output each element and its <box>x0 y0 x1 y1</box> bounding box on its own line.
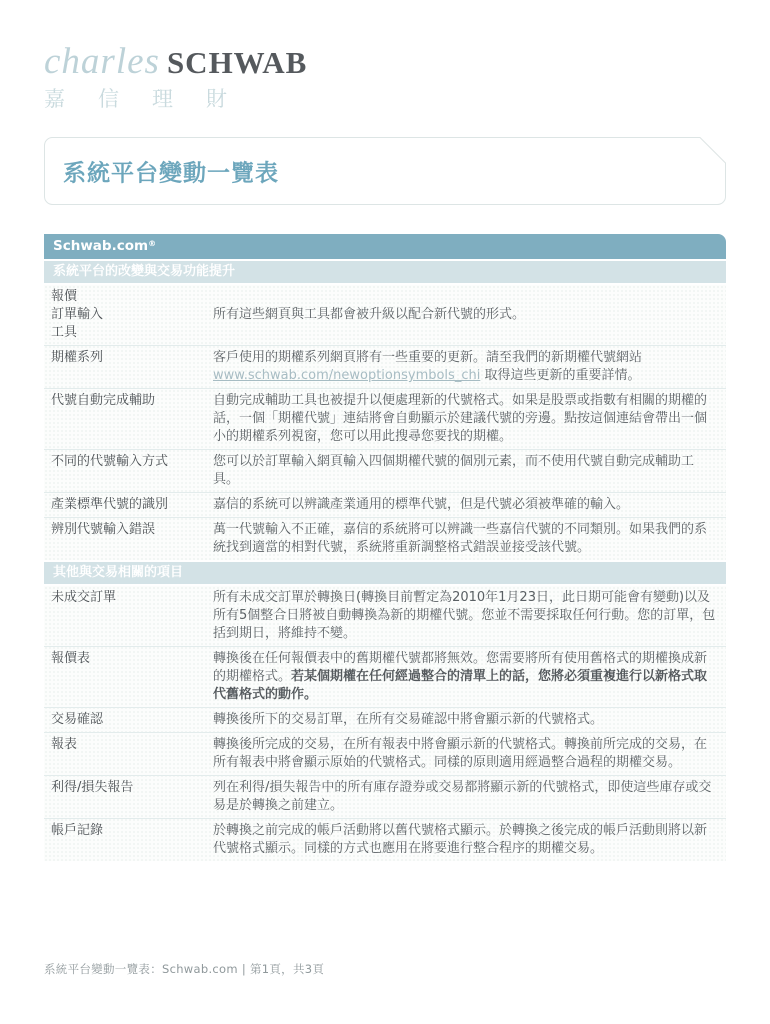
row-label: 利得/損失報告 <box>44 778 213 815</box>
row-label: 不同的代號輸入方式 <box>44 452 213 489</box>
row-content: 客戶使用的期權系列網頁將有一些重要的更新。請至我們的新期權代號網站 www.sc… <box>213 348 726 385</box>
table-row: 產業標準代號的識別 嘉信的系統可以辨識產業通用的標準代號，但是代號必須被準確的輸… <box>44 492 726 517</box>
row-label: 期權系列 <box>44 348 213 385</box>
table-row: 帳戶記錄 於轉換之前完成的帳戶活動將以舊代號格式顯示。於轉換之後完成的帳戶活動則… <box>44 818 726 861</box>
logo-schwab-text: SCHWAB <box>167 46 307 80</box>
row-label: 報表 <box>44 735 213 772</box>
logo-chinese-text: 嘉信理財 <box>44 83 307 113</box>
row-content: 列在利得/損失報告中的所有庫存證券或交易都將顯示新的代號格式，即使這些庫存或交易… <box>213 778 726 815</box>
row-content: 轉換後在任何報價表中的舊期權代號都將無效。您需要將所有使用舊格式的期權換成新的期… <box>213 649 726 704</box>
row-text: 嘉信的系統可以辨識產業通用的標準代號，但是代號必須被準確的輸入。 <box>213 497 629 512</box>
section-header-platform-changes: 系統平台的改變與交易功能提升 <box>44 261 726 283</box>
row-content: 嘉信的系統可以辨識產業通用的標準代號，但是代號必須被準確的輸入。 <box>213 495 726 514</box>
row-text: 所有這些網頁與工具都會被升級以配合新代號的形式。 <box>213 307 525 322</box>
row-label: 交易確認 <box>44 710 213 729</box>
row-text: 客戶使用的期權系列網頁將有一些重要的更新。請至我們的新期權代號網站 <box>213 350 642 365</box>
row-label: 代號自動完成輔助 <box>44 391 213 446</box>
row-label: 未成交訂單 <box>44 588 213 643</box>
platform-changes-table: Schwab.com® 系統平台的改變與交易功能提升 報價 訂單輸入 工具 所有… <box>44 234 726 861</box>
new-option-symbols-link[interactable]: www.schwab.com/newoptionsymbols_chi <box>213 368 480 383</box>
registered-mark: ® <box>148 239 156 248</box>
page-title-box: 系統平台變動一覽表 <box>44 137 726 205</box>
row-content: 轉換後所下的交易訂單，在所有交易確認中將會顯示新的代號格式。 <box>213 710 726 729</box>
row-text: 於轉換之前完成的帳戶活動將以舊代號格式顯示。於轉換之後完成的帳戶活動則將以新代號… <box>213 823 707 856</box>
logo-charles-text: charles <box>44 44 160 80</box>
row-label: 辨別代號輸入錯誤 <box>44 520 213 557</box>
section-rows-other: 未成交訂單 所有未成交訂單於轉換日(轉換目前暫定為2010年1月23日，此日期可… <box>44 586 726 861</box>
row-text: 自動完成輔助工具也被提升以便處理新的代號格式。如果是股票或指數有相關的期權的話，… <box>213 393 707 444</box>
table-header-schwab-com: Schwab.com® <box>44 234 726 259</box>
charles-schwab-logo: charles SCHWAB 嘉信理財 <box>44 44 307 113</box>
logo-english: charles SCHWAB <box>44 44 307 80</box>
row-text: 所有未成交訂單於轉換日(轉換目前暫定為2010年1月23日，此日期可能會有變動)… <box>213 590 715 641</box>
table-row: 未成交訂單 所有未成交訂單於轉換日(轉換目前暫定為2010年1月23日，此日期可… <box>44 586 726 646</box>
row-label: 報價表 <box>44 649 213 704</box>
row-content: 所有未成交訂單於轉換日(轉換目前暫定為2010年1月23日，此日期可能會有變動)… <box>213 588 726 643</box>
table-row: 利得/損失報告 列在利得/損失報告中的所有庫存證券或交易都將顯示新的代號格式，即… <box>44 775 726 818</box>
table-row: 報表 轉換後所完成的交易，在所有報表中將會顯示新的代號格式。轉換前所完成的交易，… <box>44 732 726 775</box>
table-row: 期權系列 客戶使用的期權系列網頁將有一些重要的更新。請至我們的新期權代號網站 w… <box>44 345 726 388</box>
table-row: 辨別代號輸入錯誤 萬一代號輸入不正確，嘉信的系統將可以辨識一些嘉信代號的不同類別… <box>44 517 726 560</box>
row-content: 轉換後所完成的交易，在所有報表中將會顯示新的代號格式。轉換前所完成的交易，在所有… <box>213 735 726 772</box>
row-text: 轉換後所完成的交易，在所有報表中將會顯示新的代號格式。轉換前所完成的交易，在所有… <box>213 737 707 770</box>
table-header-label: Schwab.com <box>53 238 148 254</box>
table-row: 代號自動完成輔助 自動完成輔助工具也被提升以便處理新的代號格式。如果是股票或指數… <box>44 388 726 449</box>
page-footer: 系統平台變動一覽表：Schwab.com | 第1頁，共3頁 <box>44 961 324 977</box>
row-label: 報價 訂單輸入 工具 <box>44 287 213 342</box>
row-text: 列在利得/損失報告中的所有庫存證券或交易都將顯示新的代號格式，即使這些庫存或交易… <box>213 780 711 813</box>
row-text: 萬一代號輸入不正確，嘉信的系統將可以辨識一些嘉信代號的不同類別。如果我們的系統找… <box>213 522 707 555</box>
page-title: 系統平台變動一覽表 <box>63 155 279 188</box>
row-content: 萬一代號輸入不正確，嘉信的系統將可以辨識一些嘉信代號的不同類別。如果我們的系統找… <box>213 520 726 557</box>
row-label: 產業標準代號的識別 <box>44 495 213 514</box>
section-rows-platform: 報價 訂單輸入 工具 所有這些網頁與工具都會被升級以配合新代號的形式。 期權系列… <box>44 285 726 560</box>
table-row: 交易確認 轉換後所下的交易訂單，在所有交易確認中將會顯示新的代號格式。 <box>44 707 726 732</box>
table-row: 報價 訂單輸入 工具 所有這些網頁與工具都會被升級以配合新代號的形式。 <box>44 285 726 345</box>
row-text: 取得這些更新的重要詳情。 <box>480 368 640 383</box>
document-page: charles SCHWAB 嘉信理財 系統平台變動一覽表 Schwab.com… <box>0 0 770 1024</box>
row-text: 您可以於訂單輸入網頁輸入四個期權代號的個別元素，而不使用代號自動完成輔助工具。 <box>213 454 694 487</box>
row-content: 於轉換之前完成的帳戶活動將以舊代號格式顯示。於轉換之後完成的帳戶活動則將以新代號… <box>213 821 726 858</box>
row-content: 自動完成輔助工具也被提升以便處理新的代號格式。如果是股票或指數有相關的期權的話，… <box>213 391 726 446</box>
row-text: 轉換後所下的交易訂單，在所有交易確認中將會顯示新的代號格式。 <box>213 712 603 727</box>
table-row: 報價表 轉換後在任何報價表中的舊期權代號都將無效。您需要將所有使用舊格式的期權換… <box>44 646 726 707</box>
table-row: 不同的代號輸入方式 您可以於訂單輸入網頁輸入四個期權代號的個別元素，而不使用代號… <box>44 449 726 492</box>
row-label: 帳戶記錄 <box>44 821 213 858</box>
row-content: 所有這些網頁與工具都會被升級以配合新代號的形式。 <box>213 305 726 324</box>
row-content: 您可以於訂單輸入網頁輸入四個期權代號的個別元素，而不使用代號自動完成輔助工具。 <box>213 452 726 489</box>
section-header-other-trading-items: 其他與交易相關的項目 <box>44 562 726 584</box>
